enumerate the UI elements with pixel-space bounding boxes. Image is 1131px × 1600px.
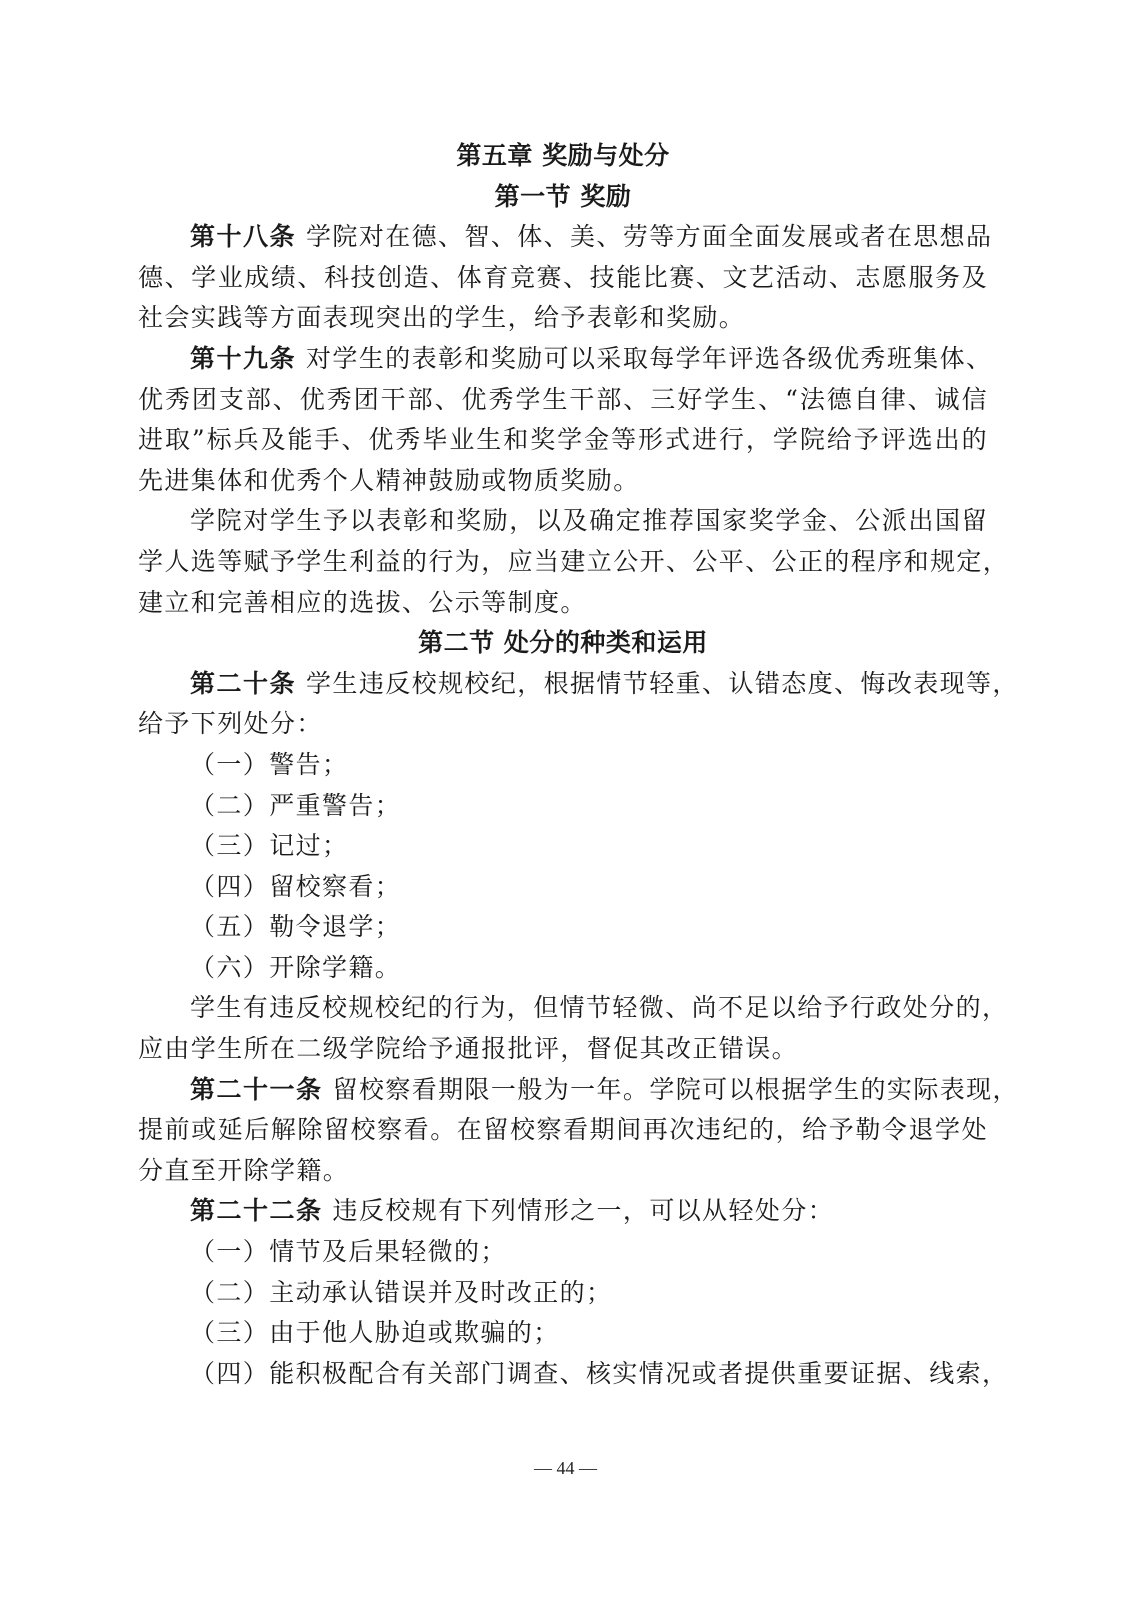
mitigation-item-3: （三）由于他人胁迫或欺骗的； [138,1313,988,1354]
penalty-item-5: （五）勒令退学； [138,907,988,948]
article-19-para2-line-2: 学人选等赋予学生利益的行为，应当建立公开、公平、公正的程序和规定， [138,542,988,583]
chapter-title: 第五章 奖励与处分 [138,136,988,177]
penalty-item-4: （四）留校察看； [138,867,988,908]
article-18-line-1: 第十八条学院对在德、智、体、美、劳等方面全面发展或者在思想品 [138,217,988,258]
article-19-para2-line-1: 学院对学生予以表彰和奖励，以及确定推荐国家奖学金、公派出国留 [138,501,988,542]
section-title-rewards: 第一节 奖励 [138,177,988,218]
article-20-line-2: 给予下列处分： [138,704,988,745]
article-19-line-2: 优秀团支部、优秀团干部、优秀学生干部、三好学生、“法德自律、诚信 [138,380,988,421]
mitigation-item-2: （二）主动承认错误并及时改正的； [138,1273,988,1314]
article-19-line-4: 先进集体和优秀个人精神鼓励或物质奖励。 [138,461,988,502]
article-21-line-1: 第二十一条留校察看期限一般为一年。学院可以根据学生的实际表现， [138,1070,988,1111]
article-22-line-1: 第二十二条违反校规有下列情形之一，可以从轻处分： [138,1191,988,1232]
article-20-para2-line-2: 应由学生所在二级学院给予通报批评，督促其改正错误。 [138,1029,988,1070]
article-20-label: 第二十条 [190,669,296,698]
mitigation-item-4: （四）能积极配合有关部门调查、核实情况或者提供重要证据、线索， [138,1354,988,1395]
article-21-line-3: 分直至开除学籍。 [138,1151,988,1192]
article-19-label: 第十九条 [190,344,296,373]
article-22-label: 第二十二条 [190,1196,323,1225]
document-page: 第五章 奖励与处分 第一节 奖励 第十八条学院对在德、智、体、美、劳等方面全面发… [138,136,988,1394]
penalty-item-6: （六）开除学籍。 [138,948,988,989]
mitigation-item-1: （一）情节及后果轻微的； [138,1232,988,1273]
article-18-label: 第十八条 [190,222,296,251]
page-number: — 44 — [0,1458,1131,1479]
section-title-penalties: 第二节 处分的种类和运用 [138,623,988,664]
penalty-item-2: （二）严重警告； [138,786,988,827]
penalty-item-3: （三）记过； [138,826,988,867]
article-21-label: 第二十一条 [190,1075,323,1104]
article-19-para2-line-3: 建立和完善相应的选拔、公示等制度。 [138,583,988,624]
article-20-line-1: 第二十条学生违反校规校纪，根据情节轻重、认错态度、悔改表现等， [138,664,988,705]
article-20-para2-line-1: 学生有违反校规校纪的行为，但情节轻微、尚不足以给予行政处分的， [138,988,988,1029]
article-19-line-3: 进取”标兵及能手、优秀毕业生和奖学金等形式进行，学院给予评选出的 [138,420,988,461]
article-18-line-2: 德、学业成绩、科技创造、体育竞赛、技能比赛、文艺活动、志愿服务及 [138,258,988,299]
penalty-item-1: （一）警告； [138,745,988,786]
article-21-line-2: 提前或延后解除留校察看。在留校察看期间再次违纪的，给予勒令退学处 [138,1110,988,1151]
article-19-line-1: 第十九条对学生的表彰和奖励可以采取每学年评选各级优秀班集体、 [138,339,988,380]
article-18-line-3: 社会实践等方面表现突出的学生，给予表彰和奖励。 [138,298,988,339]
